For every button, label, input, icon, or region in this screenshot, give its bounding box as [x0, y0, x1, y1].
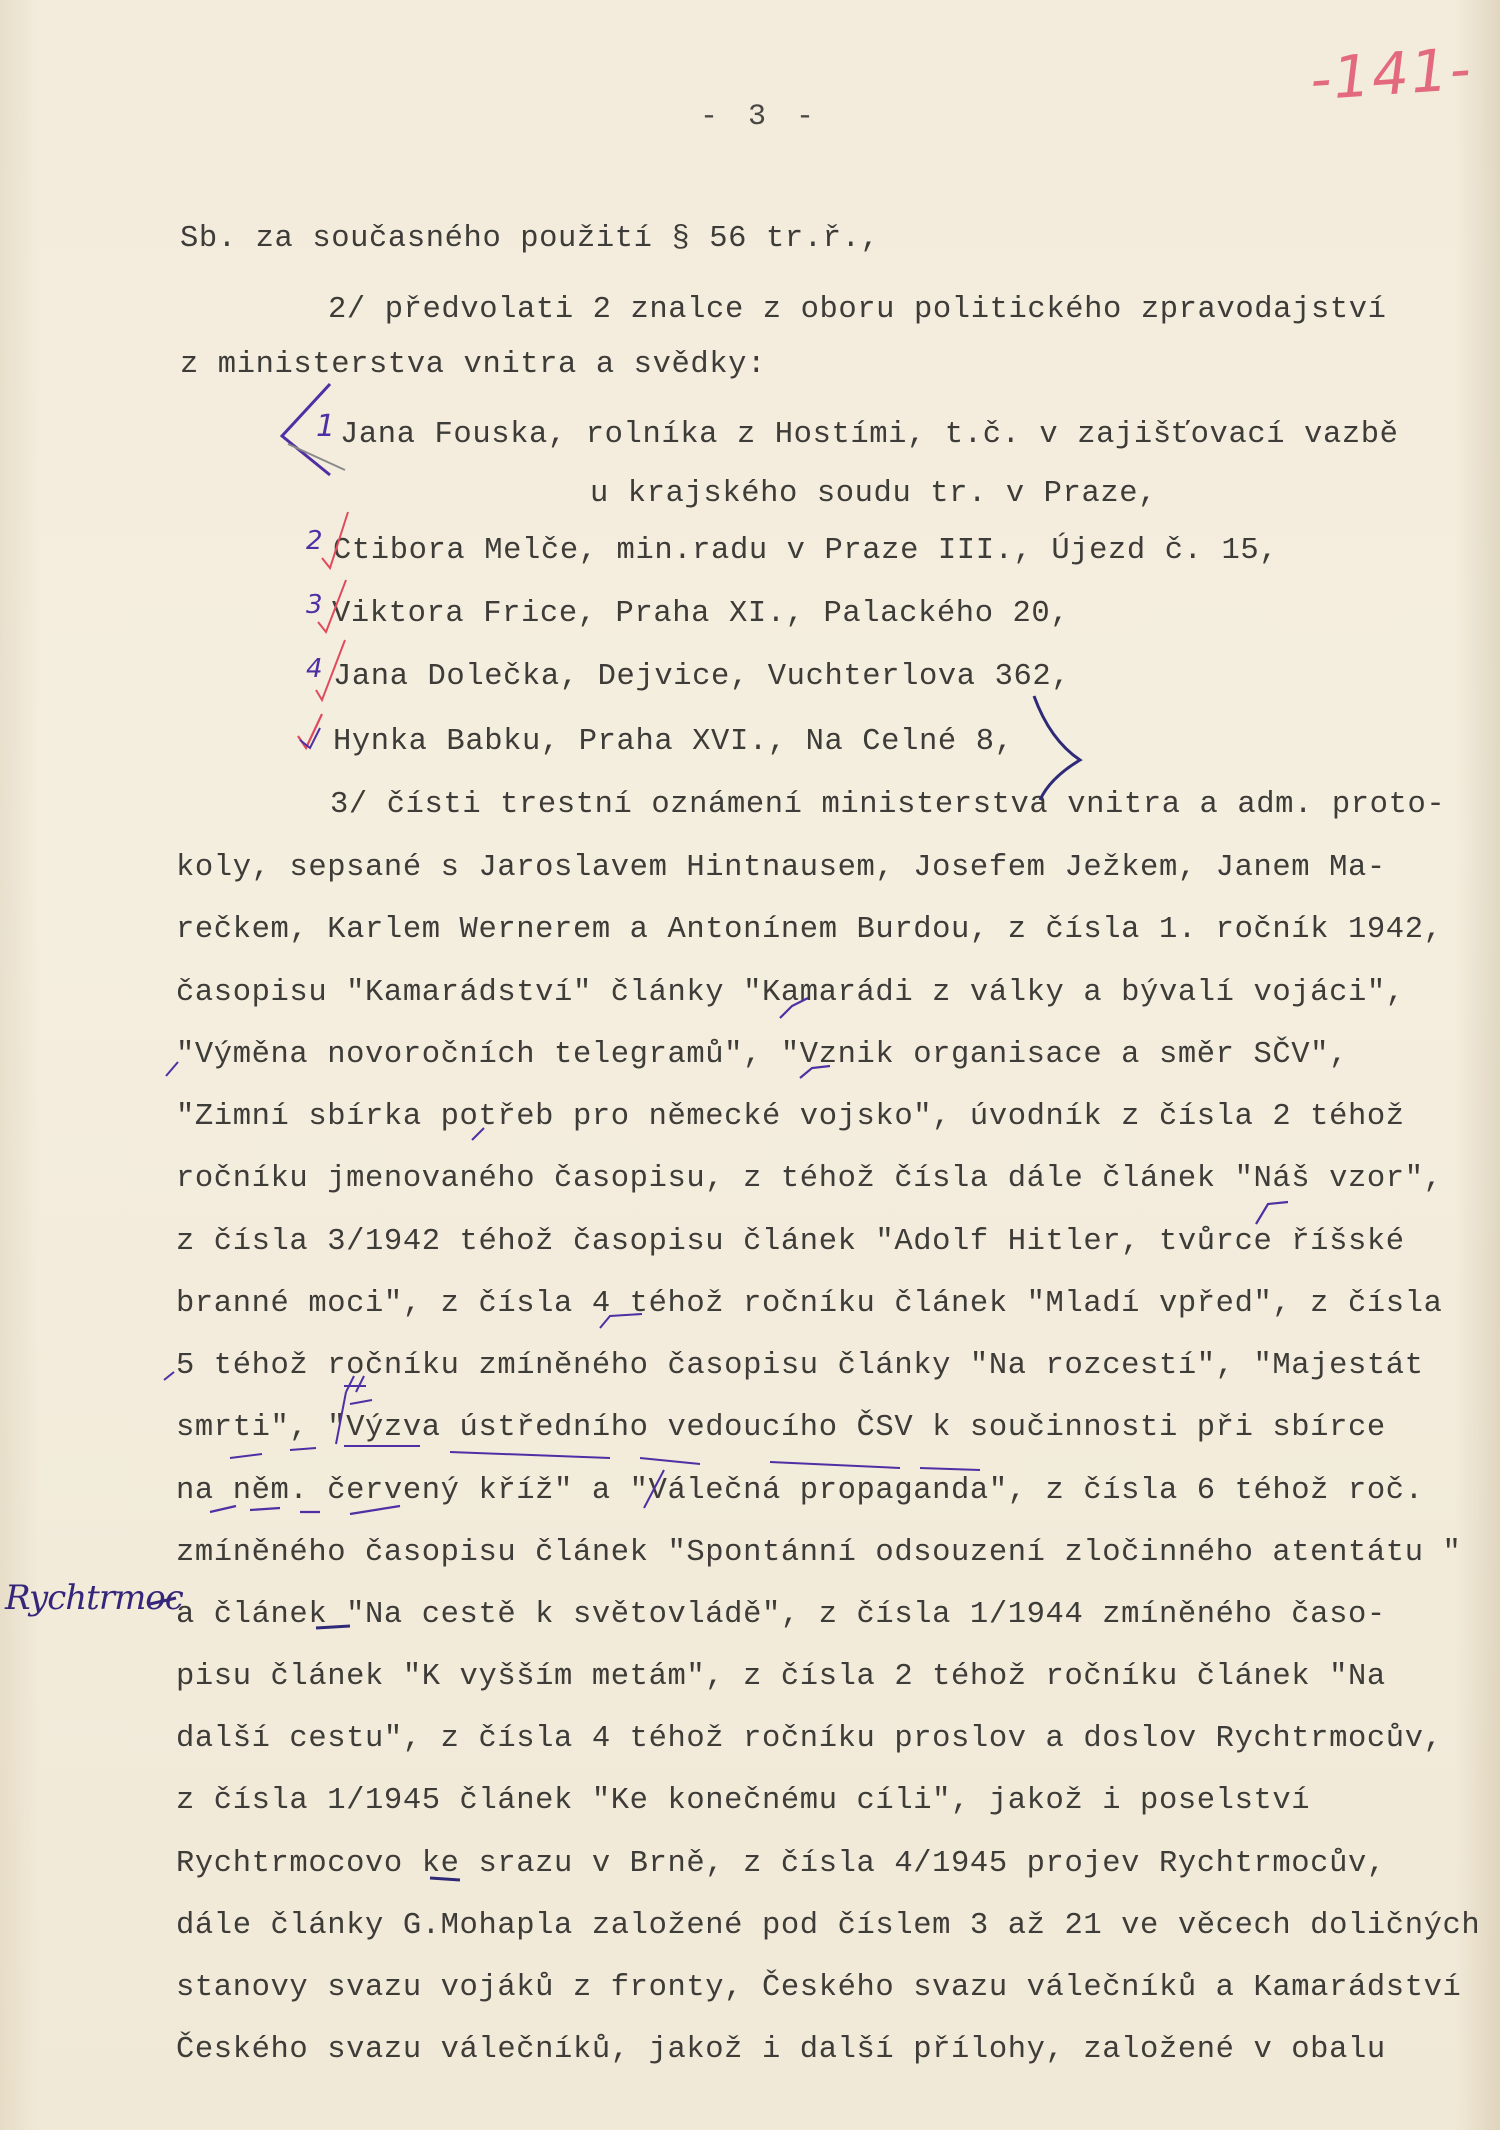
text-line: 2/ předvolati 2 znalce z oboru politické… [328, 293, 1387, 327]
text-line: stanovy svazu vojáků z fronty, Českého s… [176, 1971, 1461, 2005]
text-line: branné moci", z čísla 4 téhož ročníku čl… [176, 1287, 1443, 1321]
text-line: Rychtrmocovo ke srazu v Brně, z čísla 4/… [176, 1847, 1386, 1881]
text-line: časopisu "Kamarádství" články "Kamarádi … [176, 976, 1405, 1010]
witness-item: Ctibora Melče, min.radu v Praze III., Új… [333, 534, 1278, 568]
text-line: Sb. za současného použití § 56 tr.ř., [180, 222, 879, 256]
text-line: Českého svazu válečníků, jakož i další p… [176, 2033, 1386, 2067]
text-line: rečkem, Karlem Wernerem a Antonínem Burd… [176, 913, 1443, 947]
text-line: z čísla 3/1942 téhož časopisu článek "Ad… [176, 1225, 1405, 1259]
text-line: z ministerstva vnitra a svědky: [180, 348, 766, 382]
handwritten-margin-note: Rychtrmoc [5, 1578, 183, 1618]
witness-item: Jana Dolečka, Dejvice, Vuchterlova 362, [333, 660, 1070, 694]
check-mark-icon [298, 714, 322, 748]
folio-annotation: -141- [1308, 34, 1475, 113]
text-line: dále články G.Mohapla založené pod čísle… [176, 1909, 1480, 1943]
text-line: koly, sepsané s Jaroslavem Hintnausem, J… [176, 851, 1386, 885]
text-line: zmíněného časopisu článek "Spontánní ods… [176, 1536, 1461, 1570]
text-line: další cestu", z čísla 4 téhož ročníku pr… [176, 1722, 1443, 1756]
page-number: - 3 - [700, 100, 820, 134]
text-line: "Zimní sbírka potřeb pro německé vojsko"… [176, 1100, 1405, 1134]
text-line: "Výměna novoročních telegramů", "Vznik o… [176, 1038, 1348, 1072]
text-line: smrti", "Výzva ústředního vedoucího ČSV … [176, 1411, 1386, 1445]
text-line: ročníku jmenovaného časopisu, z téhož čí… [176, 1162, 1443, 1196]
tick-mark-icon [164, 1372, 174, 1380]
text-line: pisu článek "K vyšším metám", z čísla 2 … [176, 1660, 1386, 1694]
witness-item-continuation: u krajského soudu tr. v Praze, [590, 477, 1157, 511]
brace-mark-icon [1034, 696, 1080, 800]
witness-item: Hynka Babku, Praha XVI., Na Celné 8, [333, 725, 1014, 759]
document-page: -141- - 3 - Sb. za současného použití § … [0, 0, 1500, 2130]
text-line: z čísla 1/1945 článek "Ke konečnému cíli… [176, 1784, 1310, 1818]
witness-item: Viktora Frice, Praha XI., Palackého 20, [332, 597, 1069, 631]
text-line: na něm. červený kříž" a "Válečná propaga… [176, 1474, 1424, 1508]
tick-mark-icon [1256, 1202, 1288, 1224]
text-line: 3/ čísti trestní oznámení ministerstva v… [330, 788, 1445, 822]
text-line: 5 téhož ročníku zmíněného časopisu článk… [176, 1349, 1424, 1383]
witness-number-mark: 2 [306, 528, 323, 554]
witness-item: Jana Fouska, rolníka z Hostími, t.č. v z… [340, 418, 1399, 452]
witness-number-mark: 1 [316, 412, 335, 442]
underline-mark-icon [230, 1446, 980, 1470]
witness-number-mark: 3 [306, 592, 323, 618]
witness-number-mark: 4 [306, 656, 323, 682]
text-line: a článek "Na cestě k světovládě", z čísl… [176, 1598, 1386, 1632]
